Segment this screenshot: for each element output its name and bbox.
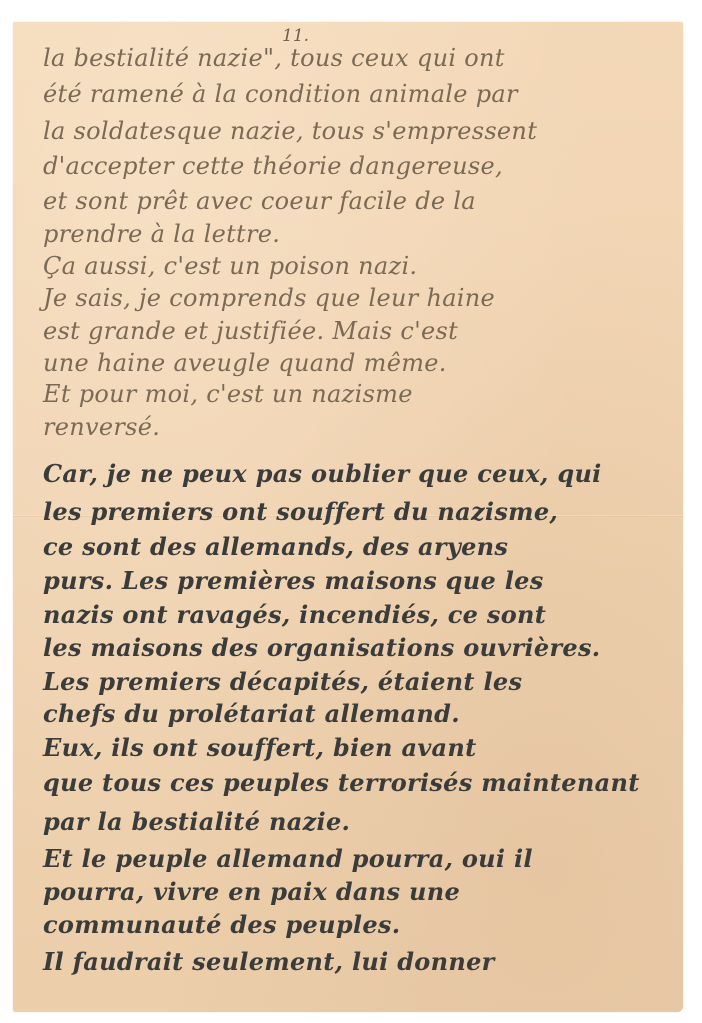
text-line: chefs du prolétariat allemand. — [43, 702, 460, 726]
text-line: la soldatesque nazie, tous s'empressent — [43, 119, 537, 143]
text-line: est grande et justifiée. Mais c'est — [43, 319, 458, 343]
text-line: purs. Les premières maisons que les — [43, 569, 544, 593]
text-line: prendre à la lettre. — [43, 222, 280, 246]
text-line: que tous ces peuples terrorisés maintena… — [43, 771, 640, 795]
text-line: et sont prêt avec coeur facile de la — [43, 189, 476, 213]
text-line: d'accepter cette théorie dangereuse, — [43, 154, 503, 178]
text-line: Et pour moi, c'est un nazisme — [43, 382, 413, 406]
text-line: la bestialité nazie", tous ceux qui ont — [43, 46, 505, 70]
text-line: Les premiers décapités, étaient les — [43, 670, 522, 694]
text-line: Ça aussi, c'est un poison nazi. — [43, 254, 417, 278]
letter-page: 11. la bestialité nazie", tous ceux qui … — [13, 22, 683, 1012]
text-line: Eux, ils ont souffert, bien avant — [43, 736, 477, 760]
text-line: par la bestialité nazie. — [43, 810, 350, 834]
text-line: les premiers ont souffert du nazisme, — [43, 500, 558, 524]
text-line: Il faudrait seulement, lui donner — [43, 950, 495, 974]
text-line: communauté des peuples. — [43, 913, 400, 937]
text-line: Je sais, je comprends que leur haine — [43, 286, 495, 310]
text-line: les maisons des organisations ouvrières. — [43, 636, 600, 660]
text-line: une haine aveugle quand même. — [43, 351, 447, 375]
text-line: nazis ont ravagés, incendiés, ce sont — [43, 603, 546, 627]
text-line: Et le peuple allemand pourra, oui il — [43, 847, 533, 871]
text-line: Car, je ne peux pas oublier que ceux, qu… — [43, 462, 602, 486]
page-number: 11. — [282, 26, 309, 46]
text-line: pourra, vivre en paix dans une — [43, 880, 460, 904]
text-line: été ramené à la condition animale par — [43, 82, 518, 106]
text-line: renversé. — [43, 415, 160, 439]
text-line: ce sont des allemands, des aryens — [43, 535, 508, 559]
